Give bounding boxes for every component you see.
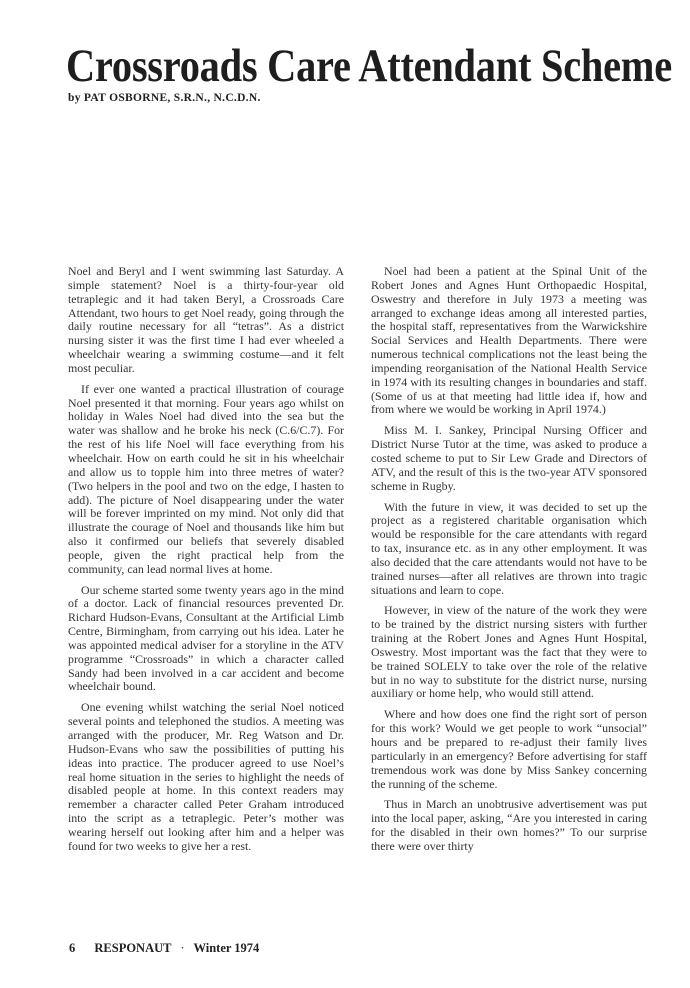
paragraph: Noel had been a patient at the Spinal Un… <box>371 265 647 417</box>
paragraph: Noel and Beryl and I went swimming last … <box>68 265 344 376</box>
paragraph: One evening whilst watching the serial N… <box>68 701 344 853</box>
page-footer: 6 RESPONAUT · Winter 1974 <box>69 941 259 956</box>
issue-label: Winter 1974 <box>193 941 259 955</box>
footer-separator: · <box>180 941 184 955</box>
paragraph: Miss M. I. Sankey, Principal Nursing Off… <box>371 424 647 493</box>
paragraph: Our scheme started some twenty years ago… <box>68 584 344 695</box>
publication-name: RESPONAUT <box>94 941 171 955</box>
article-title: Crossroads Care Attendant Scheme <box>66 40 672 92</box>
paragraph: Thus in March an unobtrusive advertiseme… <box>371 798 647 853</box>
article-byline: by PAT OSBORNE, S.R.N., N.C.D.N. <box>68 92 261 104</box>
left-column: Noel and Beryl and I went swimming last … <box>68 265 344 861</box>
paragraph: With the future in view, it was decided … <box>371 501 647 598</box>
page-number: 6 <box>69 941 75 955</box>
paragraph: If ever one wanted a practical illustrat… <box>68 383 344 577</box>
right-column: Noel had been a patient at the Spinal Un… <box>371 265 647 861</box>
paragraph: However, in view of the nature of the wo… <box>371 604 647 701</box>
paragraph: Where and how does one find the right so… <box>371 708 647 791</box>
